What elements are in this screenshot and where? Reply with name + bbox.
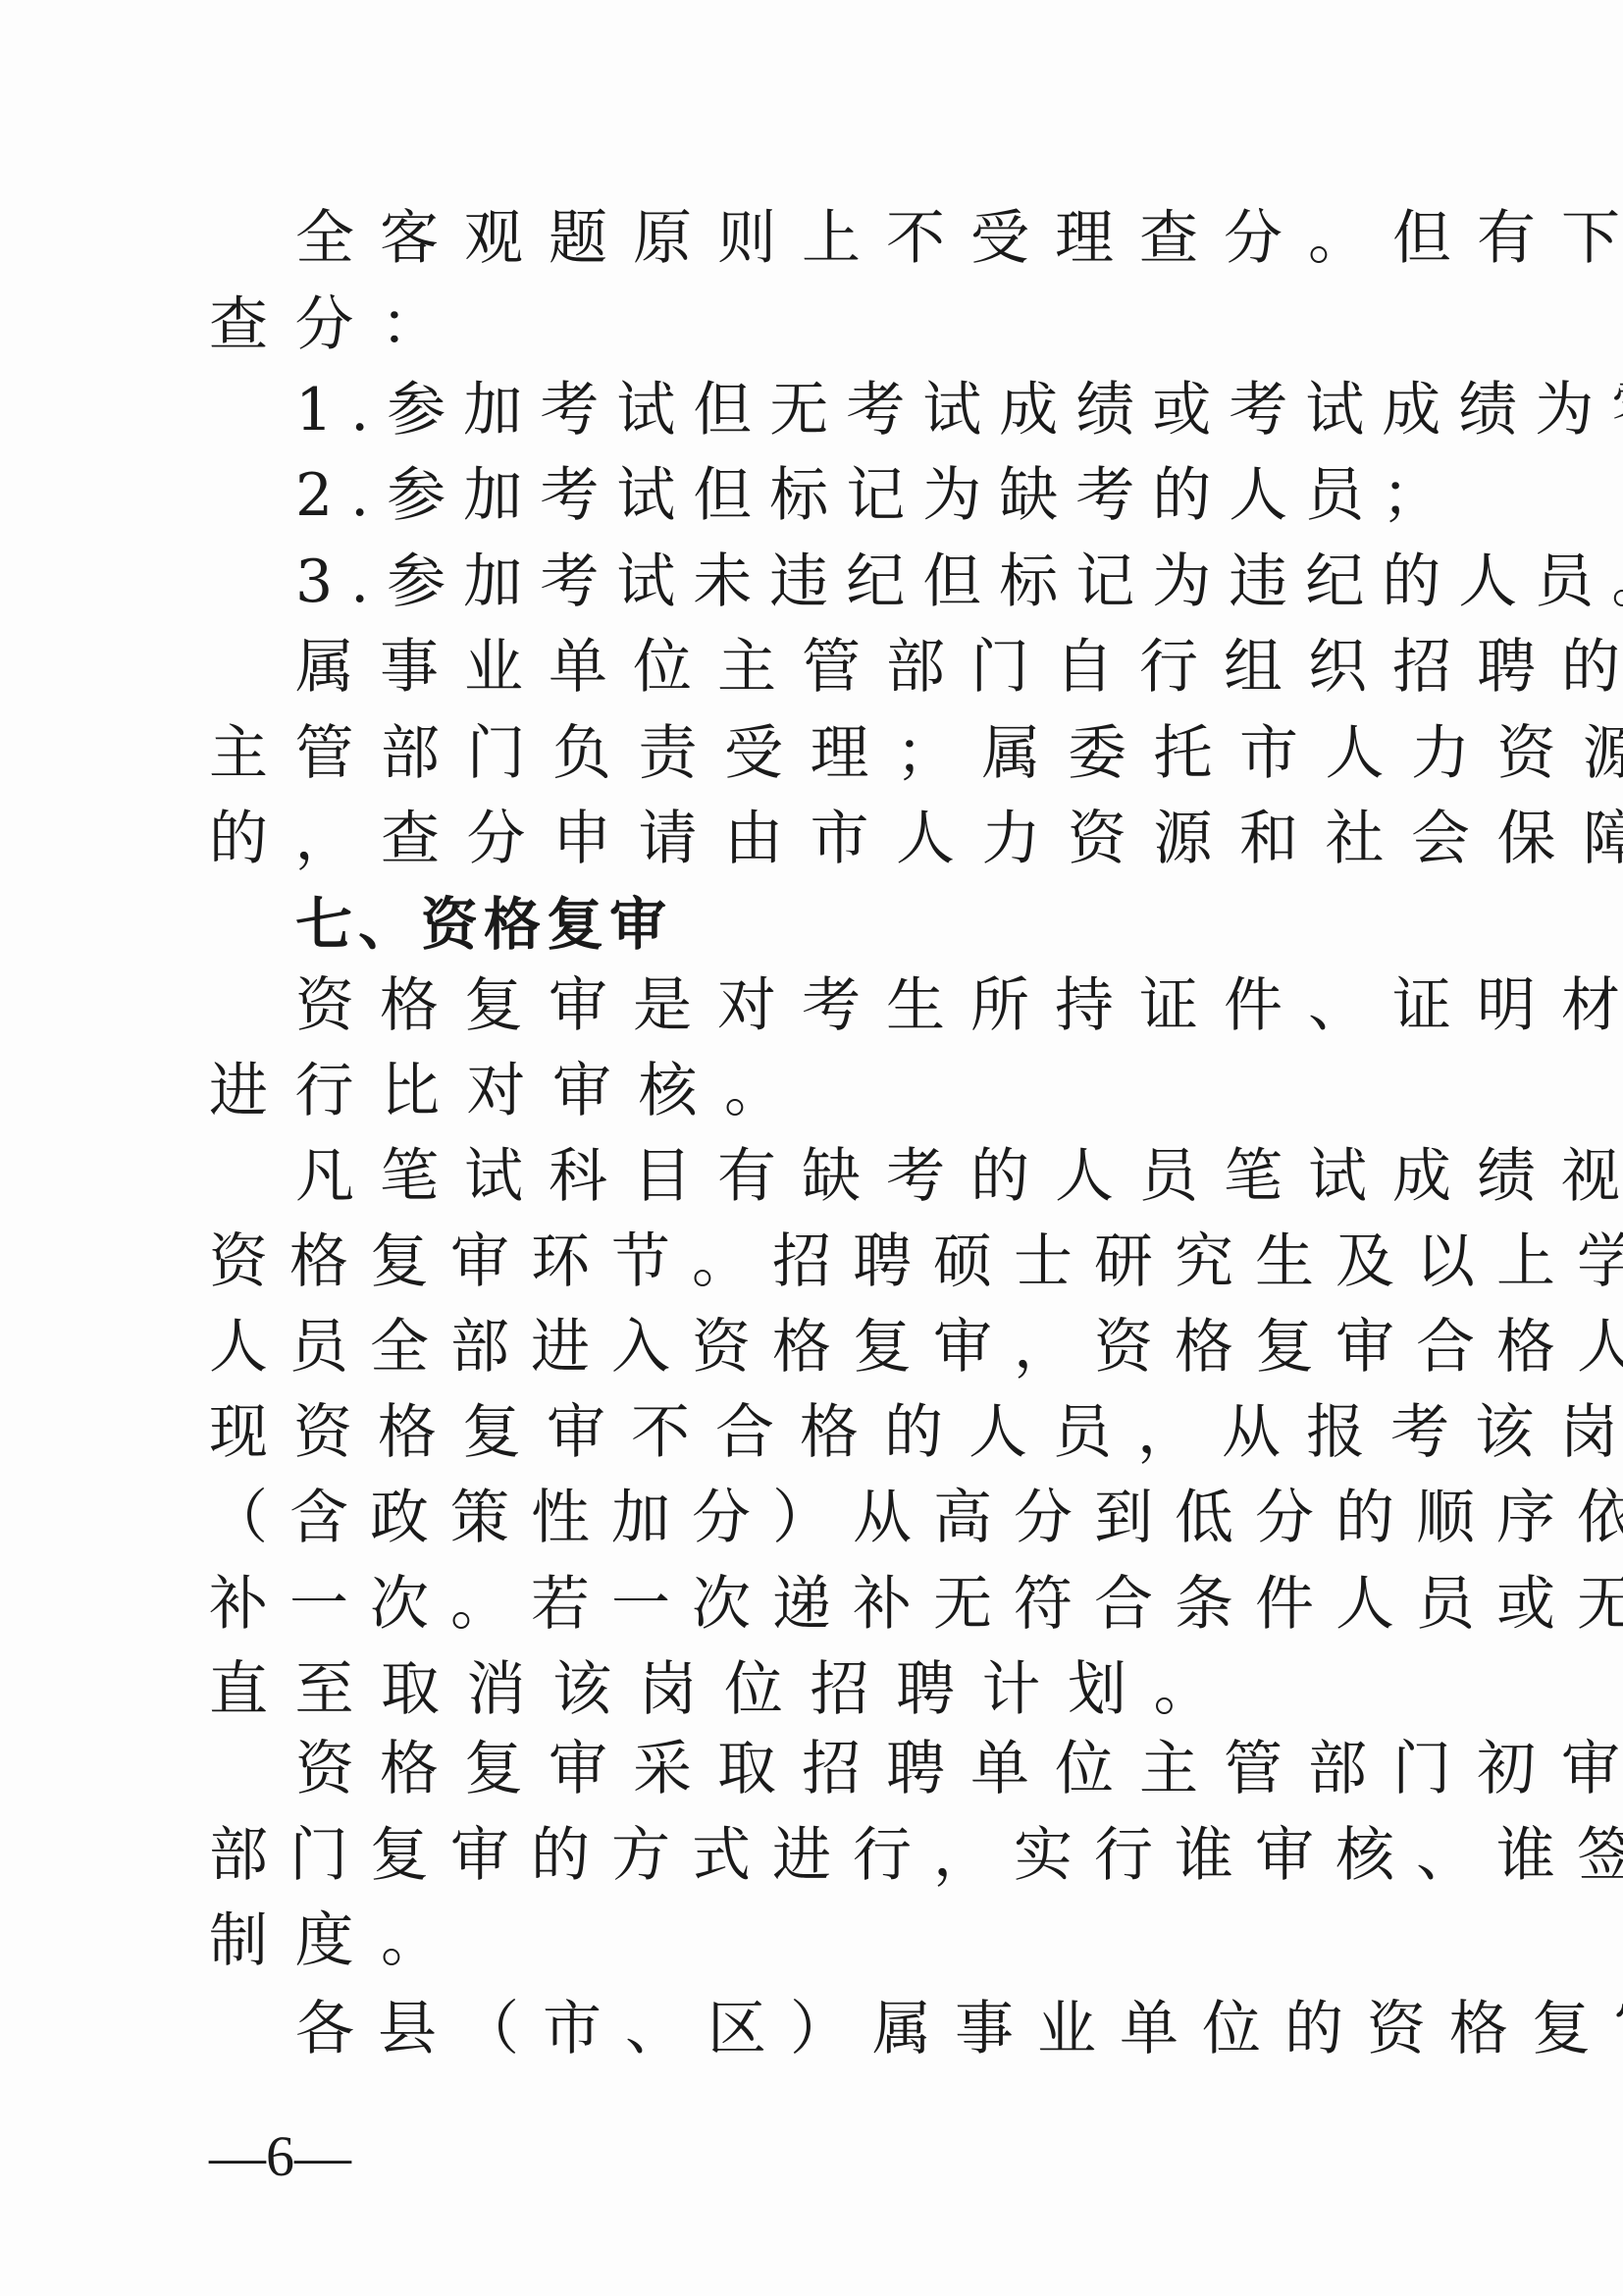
- page-number: —6—: [209, 2117, 351, 2196]
- paragraph-line: 各县（市、区）属事业单位的资格复审由县（市、区）人力: [295, 1986, 1623, 2072]
- paragraph-line: 进行比对审核。: [209, 1048, 811, 1134]
- paragraph-line: 直至取消该岗位招聘计划。: [209, 1646, 1239, 1733]
- paragraph-line: 补一次。若一次递补无符合条件人员或无人递补的须按比例缩减: [209, 1561, 1623, 1647]
- paragraph-line: 部门复审的方式进行，实行谁审核、谁签字、谁负责的责任追究: [209, 1812, 1623, 1899]
- paragraph-line: 人员全部进入资格复审，资格复审合格人员全部进入面试。若出: [209, 1304, 1623, 1390]
- paragraph-line: 资格复审环节。招聘硕士研究生及以上学历学位的岗位报名合格: [209, 1219, 1623, 1305]
- paragraph-line: （含政策性加分）从高分到低分的顺序依次进行等额递补，只递: [209, 1475, 1623, 1561]
- list-item: 2.参加考试但标记为缺考的人员；: [295, 452, 1458, 539]
- paragraph-line: 属事业单位主管部门自行组织招聘的，查分申请由事业单位: [295, 624, 1623, 710]
- paragraph-line: 查分：: [209, 282, 467, 368]
- list-item: 1.参加考试但无考试成绩或考试成绩为零分的人员；: [295, 367, 1623, 453]
- paragraph-line: 全客观题原则上不受理查分。但有下列情形的，可申请进行: [295, 195, 1623, 282]
- list-item: 3.参加考试未违纪但标记为违纪的人员。: [295, 539, 1623, 625]
- paragraph-line: 资格复审采取招聘单位主管部门初审、人力资源和社会保障: [295, 1726, 1623, 1812]
- paragraph-line: 制度。: [209, 1898, 467, 1984]
- paragraph-line: 主管部门负责受理；属委托市人力资源和社会保障局组织笔试: [209, 710, 1623, 797]
- document-page: 全客观题原则上不受理查分。但有下列情形的，可申请进行 查分： 1.参加考试但无考…: [0, 0, 1623, 2296]
- paragraph-line: 的，查分申请由市人力资源和社会保障局考试中心负责受理。: [209, 796, 1623, 882]
- paragraph-line: 凡笔试科目有缺考的人员笔试成绩视为无效成绩，不得进入: [295, 1133, 1623, 1220]
- paragraph-line: 现资格复审不合格的人员，从报考该岗位的人员中按笔试成绩: [209, 1389, 1623, 1476]
- section-heading: 七、资格复审: [295, 881, 672, 967]
- paragraph-line: 资格复审是对考生所持证件、证明材料与报名信息的一致性: [295, 963, 1623, 1049]
